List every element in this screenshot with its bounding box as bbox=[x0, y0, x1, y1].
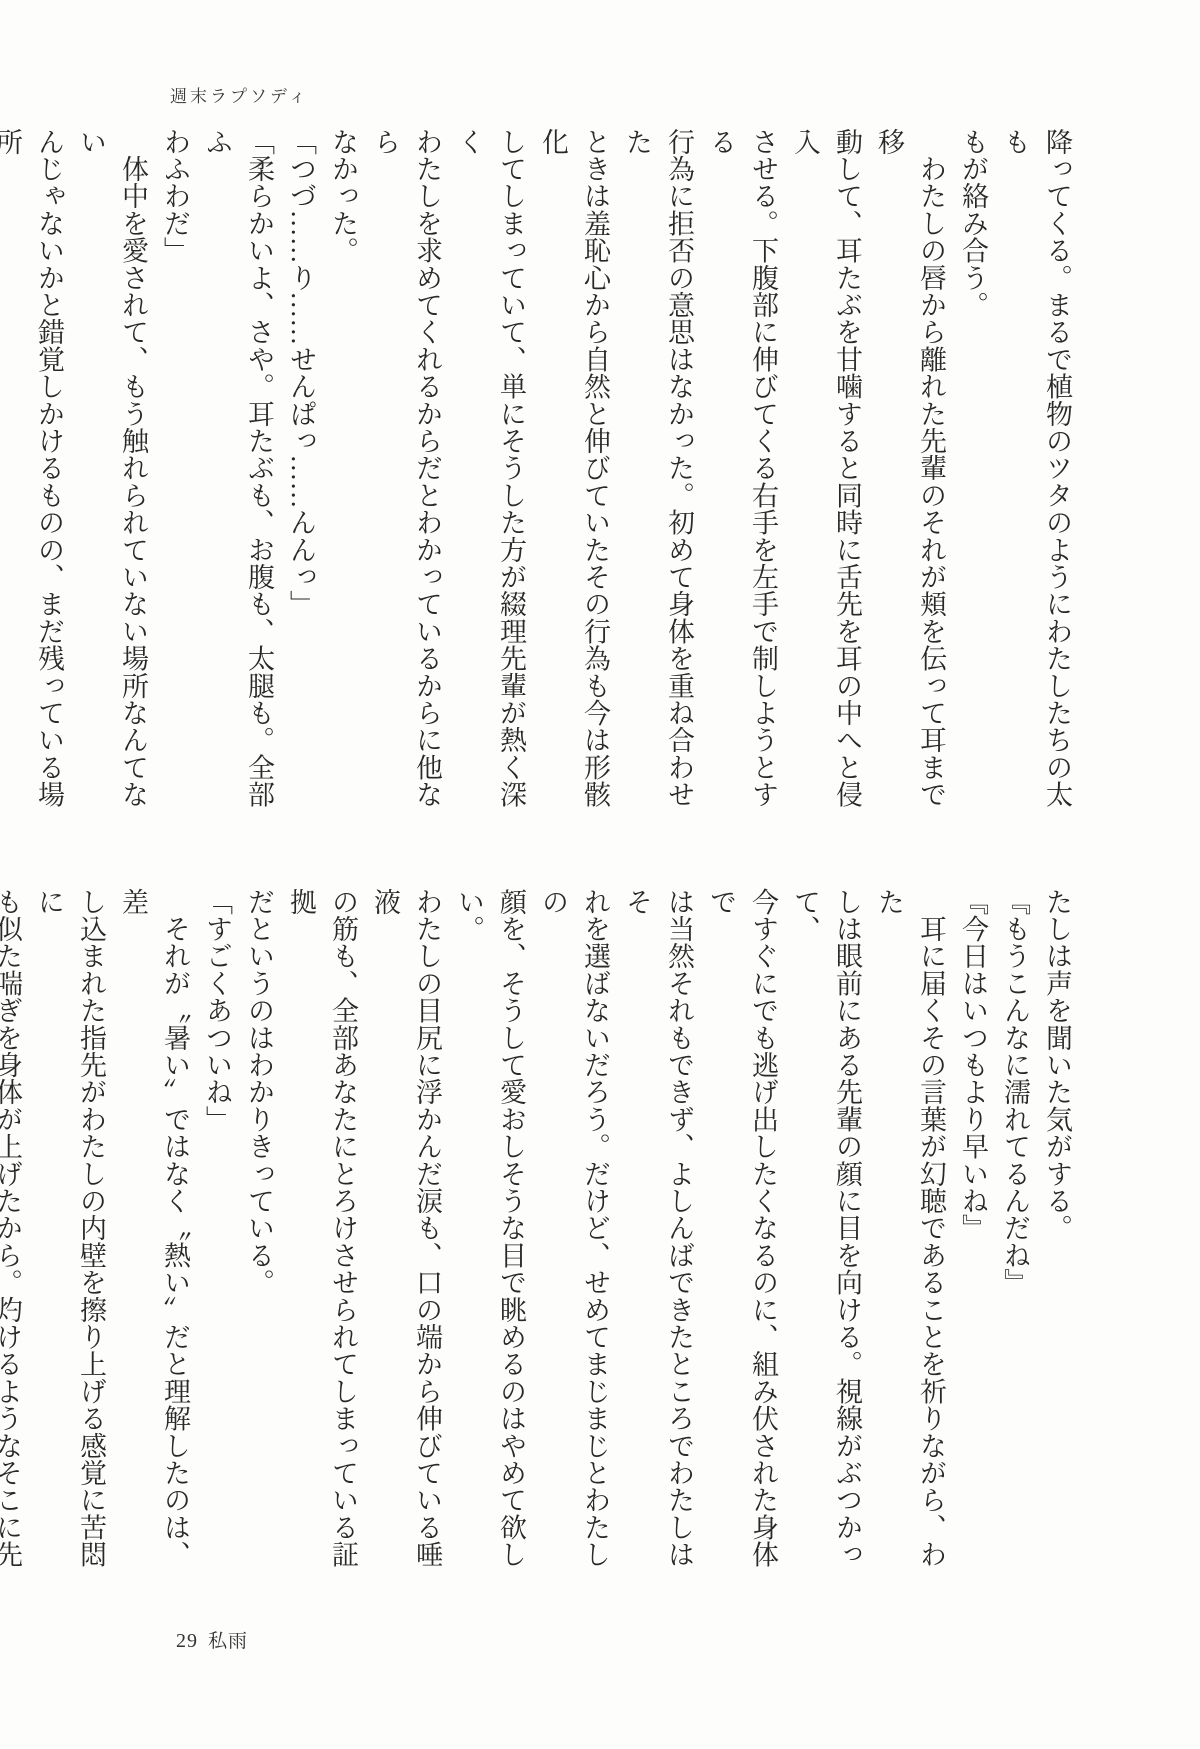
running-header-title: 週末ラプソディ bbox=[170, 82, 309, 107]
text-line: れを選ばないだろう。だけど、せめてまじまじとわたしの bbox=[532, 888, 616, 1594]
text-line: 行為に拒否の意思はなかった。初めて身体を重ね合わせた bbox=[616, 128, 700, 834]
text-line: だというのはわかりきっている。 bbox=[238, 888, 280, 1594]
text-line: 耳に届くその言葉が幻聴であることを祈りながら、わた bbox=[868, 888, 952, 1594]
text-line: 顔を、そうして愛おしそうな目で眺めるのはやめて欲しい。 bbox=[448, 888, 532, 1594]
page-number: 29 bbox=[176, 1630, 198, 1652]
text-line: ときは羞恥心から自然と伸びていたその行為も今は形骸化 bbox=[532, 128, 616, 834]
text-line: は当然それもできず、よしんばできたところでわたしはそ bbox=[616, 888, 700, 1594]
text-line: 「柔らかいよ、さや。耳たぶも、お腹も、太腿も。全部ふ bbox=[196, 128, 280, 834]
text-line: させる。下腹部に伸びてくる右手を左手で制しようとする bbox=[700, 128, 784, 834]
text-line: わたしを求めてくれるからだとわかっているからに他なら bbox=[364, 128, 448, 834]
text-line: 『今日はいつもより早いね』 bbox=[952, 888, 994, 1594]
text-line: 「つづ……り……せんぱっ……んんっ」 bbox=[280, 128, 322, 834]
text-line: なかった。 bbox=[322, 128, 364, 834]
text-line: も似た喘ぎを身体が上げたから。灼けるようなそこに先輩 bbox=[0, 888, 28, 1594]
text-line: 降ってくる。まるで植物のツタのようにわたしたちの太も bbox=[994, 128, 1078, 834]
text-line: わたしの目尻に浮かんだ涙も、口の端から伸びている唾液 bbox=[364, 888, 448, 1594]
book-page: 週末ラプソディ 降ってくる。まるで植物のツタのようにわたしたちの太ももが絡み合う… bbox=[0, 0, 1200, 1749]
text-line: 動して、耳たぶを甘噛すると同時に舌先を耳の中へと侵入 bbox=[784, 128, 868, 834]
text-line: 「すごくあついね」 bbox=[196, 888, 238, 1594]
text-line: し込まれた指先がわたしの内壁を擦り上げる感覚に苦悶に bbox=[28, 888, 112, 1594]
text-line: 今すぐにでも逃げ出したくなるのに、組み伏された身体で bbox=[700, 888, 784, 1594]
text-line: んじゃないかと錯覚しかけるものの、まだ残っている場所 bbox=[0, 128, 70, 834]
main-text-lower-block: たしは声を聞いた気がする。『もうこんなに濡れてるんだね』『今日はいつもより早いね… bbox=[0, 888, 1078, 1594]
text-line: たしは声を聞いた気がする。 bbox=[1036, 888, 1078, 1594]
page-footer: 29私雨 bbox=[176, 1626, 248, 1653]
text-line: もが絡み合う。 bbox=[952, 128, 994, 834]
text-line: わふわだ」 bbox=[154, 128, 196, 834]
text-line: 体中を愛されて、もう触れられていない場所なんてない bbox=[70, 128, 154, 834]
text-line: しは眼前にある先輩の顔に目を向ける。視線がぶつかって、 bbox=[784, 888, 868, 1594]
text-line: 『もうこんなに濡れてるんだね』 bbox=[994, 888, 1036, 1594]
text-line: の筋も、全部あなたにとろけさせられてしまっている証拠 bbox=[280, 888, 364, 1594]
text-line: わたしの唇から離れた先輩のそれが頬を伝って耳まで移 bbox=[868, 128, 952, 834]
main-text-upper-block: 降ってくる。まるで植物のツタのようにわたしたちの太ももが絡み合う。 わたしの唇か… bbox=[0, 128, 1078, 834]
text-line: してしまっていて、単にそうした方が綴理先輩が熱く深く bbox=[448, 128, 532, 834]
text-line: それが〝暑い〟ではなく〝熱い〟だと理解したのは、差 bbox=[112, 888, 196, 1594]
booklet-title: 私雨 bbox=[208, 1631, 248, 1652]
